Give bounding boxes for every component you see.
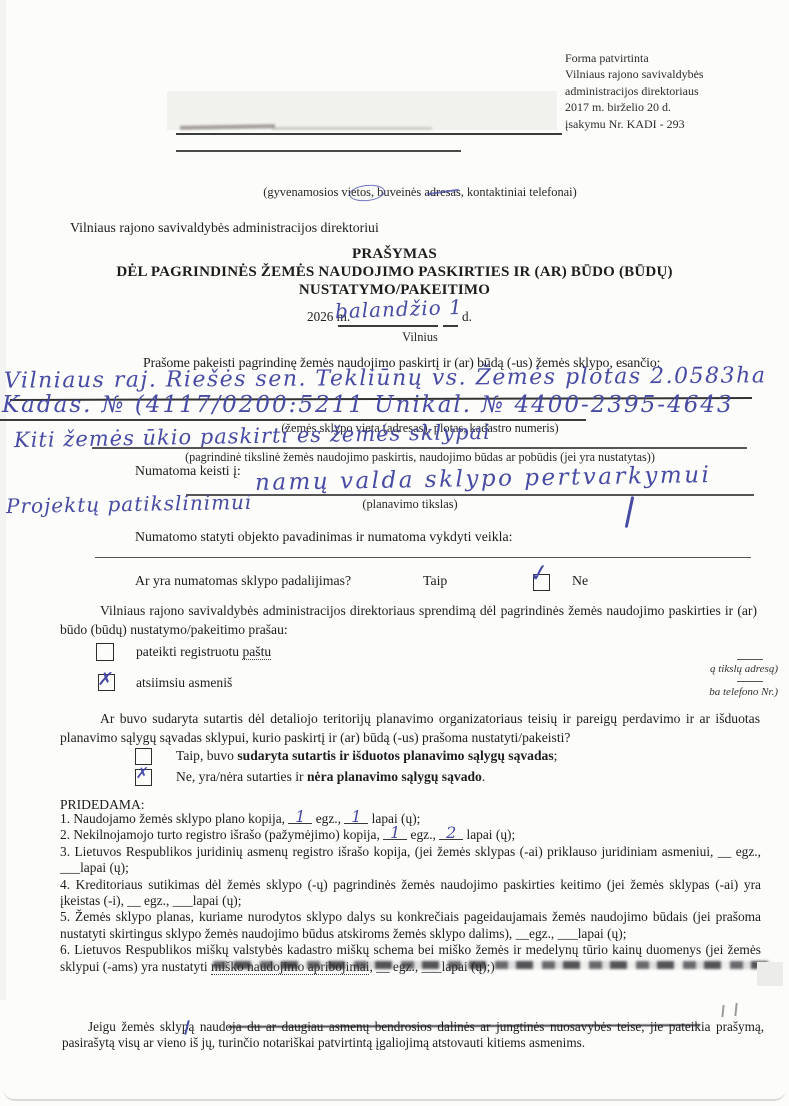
- scan-smudge: [272, 127, 432, 130]
- applicant-signature-line-1: [176, 133, 562, 135]
- contract-no-bold: nėra planavimo sąlygų sąvado: [307, 769, 482, 784]
- contract-yes-pre: Taip, buvo: [176, 748, 237, 763]
- approval-line: administracijos direktoriaus: [565, 83, 785, 99]
- attachment-item-1: 1. Naudojamo žemės sklypo plano kopija, …: [60, 811, 761, 827]
- planning-caption: (planavimo tikslas): [345, 497, 475, 512]
- contract-no-checkmark: ✗: [135, 766, 149, 781]
- form-title: PRAŠYMAS: [0, 246, 789, 263]
- scan-bottom-edge: [3, 1089, 786, 1101]
- attachments-list: 1. Naudojamo žemės sklypo plano kopija, …: [60, 811, 761, 975]
- mail-option-label: pateikti registruotu paštu: [136, 644, 271, 660]
- redaction-gray-box: [757, 962, 783, 986]
- applicant-signature-line-2: [176, 150, 461, 152]
- city-label: Vilnius: [355, 330, 485, 345]
- scan-tick-mark: [734, 1003, 737, 1016]
- division-no-checkmark: ✓: [527, 560, 550, 587]
- pen-descender-stroke: [625, 496, 634, 528]
- handwritten-planning-note: Projektų patikslinimui: [6, 490, 253, 518]
- decision-request-paragraph: Vilniaus rajono savivaldybės administrac…: [60, 601, 757, 639]
- address-caption: (gyvenamosios vietos, buveinės adresas, …: [225, 185, 615, 200]
- pickup-note-blank: [737, 681, 763, 682]
- contract-yes-label: Taip, buvo sudaryta sutartis ir išduotos…: [176, 748, 557, 764]
- approval-line: Vilniaus rajono savivaldybės: [565, 66, 785, 82]
- change-to-label: Numatoma keisti į:: [135, 463, 241, 479]
- contract-question: Ar buvo sudaryta sutartis dėl detaliojo …: [60, 709, 760, 748]
- handwritten-date: balandžio 1: [335, 295, 464, 323]
- writing-line-planned: [186, 494, 754, 496]
- contract-yes-checkbox: [135, 748, 152, 765]
- contract-yes-post: ;: [554, 748, 558, 763]
- scan-tick-mark: [721, 1005, 724, 1017]
- mail-option-label-pre: pateikti registruotu: [136, 644, 242, 659]
- approval-line: 2017 m. birželio 20 d.: [565, 99, 785, 115]
- writing-line-purpose: [92, 447, 747, 449]
- redaction-blur-strip: [213, 961, 773, 969]
- mail-note-blank: [737, 659, 763, 660]
- approval-line: įsakymu Nr. KADI - 293: [565, 116, 785, 132]
- pickup-option-checkmark: ✗: [97, 671, 115, 689]
- handwritten-count-egz1: 1: [288, 810, 312, 824]
- mail-note-caption: ą tikslų adresą): [688, 663, 778, 675]
- form-title-line2: DĖL PAGRINDINĖS ŽEMĖS NAUDOJIMO PASKIRTI…: [0, 264, 789, 281]
- approval-line: Forma patvirtinta: [565, 50, 785, 66]
- mail-option-checkbox: [96, 643, 114, 661]
- mail-option-label-word: paštu: [242, 644, 271, 660]
- contract-no-pre: Ne, yra/nėra sutarties ir: [176, 769, 307, 784]
- date-blank-month: [338, 325, 438, 327]
- pickup-note-caption: ba telefono Nr.): [688, 686, 778, 698]
- approval-block: Forma patvirtinta Vilniaus rajono saviva…: [565, 50, 785, 132]
- attachment-item-6: 6. Lietuvos Respublikos miškų valstybės …: [60, 942, 761, 975]
- handwritten-location-1: Vilniaus raj. Riešės sen. Tekliūnų vs. Ž…: [4, 363, 767, 393]
- handwritten-count-egz2: 1: [383, 826, 407, 840]
- handwritten-planned-purpose: namų valda sklypo pertvarkymui: [255, 462, 712, 496]
- contract-yes-bold: sudaryta sutartis ir išduotos planavimo …: [237, 748, 553, 763]
- pickup-option-label: atsiimsiu asmeniš: [136, 675, 232, 691]
- contract-no-label: Ne, yra/nėra sutarties ir nėra planavimo…: [176, 769, 485, 785]
- addressee-line: Vilniaus rajono savivaldybės administrac…: [70, 220, 379, 236]
- division-no-label: Ne: [572, 573, 588, 589]
- object-activity-label: Numatomo statyti objekto pavadinimas ir …: [135, 529, 512, 545]
- handwritten-count-lapai1: 1: [344, 810, 368, 824]
- date-blank-day: [443, 325, 458, 327]
- attachment-item-5: 5. Žemės sklypo planas, kuriame nurodyto…: [60, 909, 761, 942]
- division-question: Ar yra numatomas sklypo padalijimas?: [135, 573, 351, 589]
- division-yes-label: Taip: [423, 573, 447, 589]
- date-suffix: d.: [462, 309, 472, 325]
- attachment-item-3: 3. Lietuvos Respublikos juridinių asmenų…: [60, 844, 761, 877]
- attachment-item-2: 2. Nekilnojamojo turto registro išrašo (…: [60, 827, 761, 843]
- attachment-item-4: 4. Kreditoriaus sutikimas dėl žemės skly…: [60, 877, 761, 910]
- handwritten-count-lapai2: 2: [439, 826, 463, 840]
- handwritten-location-2: Kadas. № (4117/0200:5211 Unikal. № 4400-…: [2, 392, 734, 418]
- scanned-form-page: Forma patvirtinta Vilniaus rajono saviva…: [0, 0, 789, 1106]
- contract-no-post: .: [482, 769, 485, 784]
- blank-line-object: [95, 557, 751, 558]
